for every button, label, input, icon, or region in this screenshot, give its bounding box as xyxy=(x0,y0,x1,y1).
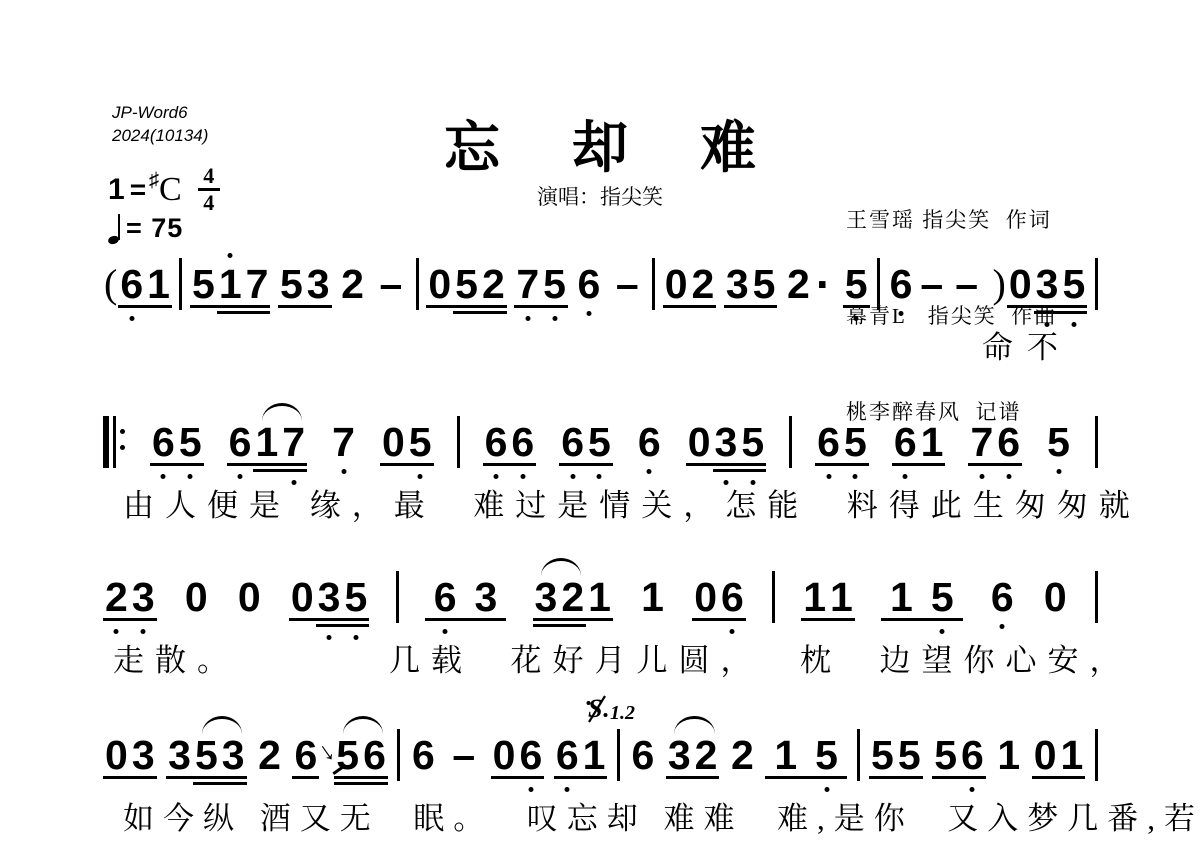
note-digit: 6 xyxy=(892,420,919,464)
note-digit: 5 xyxy=(177,420,204,464)
note-digit: 0 xyxy=(1042,575,1069,619)
beam-underline xyxy=(815,463,842,466)
note-group: 65 xyxy=(150,420,204,464)
lyrics-line: 命不 xyxy=(103,322,1098,367)
note-digit: 1 xyxy=(801,575,828,619)
note-digit: 1 xyxy=(765,733,806,777)
note-digit: 0 xyxy=(289,575,316,619)
note-digit: 0 xyxy=(491,733,518,777)
note-group: 11 xyxy=(801,575,855,619)
note-digit: 1 xyxy=(1059,733,1086,777)
beam-underline xyxy=(1059,776,1086,779)
quarter-note-icon xyxy=(108,213,123,244)
note-digit: – xyxy=(373,262,408,306)
octave-dot-below xyxy=(291,480,296,485)
jianpu-line-4: 0335326↓566–06616322155556101如今纵 酒又无 眠。 … xyxy=(103,733,1098,838)
lyrics-line: 走散。 几载 花好月儿圆， 枕 边望你心安， xyxy=(103,635,1098,680)
beam-underline-second xyxy=(480,311,507,314)
note-group: 02 xyxy=(663,262,717,306)
notation-row: 230003563321106111560 xyxy=(103,575,1098,619)
beam-underline xyxy=(843,305,870,308)
octave-dot-below xyxy=(853,474,858,479)
note-digit: 6 xyxy=(118,262,145,306)
beam-underline xyxy=(1034,305,1061,308)
beam-underline xyxy=(166,776,193,779)
beam-underline xyxy=(130,776,157,779)
octave-dot-below xyxy=(940,629,945,634)
beam-underline xyxy=(765,776,806,779)
beam-underline xyxy=(739,463,766,466)
time-bottom: 4 xyxy=(203,192,214,214)
note-group: 035 xyxy=(289,575,369,619)
note-digit: 5 xyxy=(190,262,217,306)
octave-dot-below xyxy=(903,474,908,479)
note-digit: 5 xyxy=(541,262,568,306)
note-digit: 6 xyxy=(636,420,663,464)
segno-marker: S 1.2 xyxy=(585,694,635,725)
barline xyxy=(179,258,182,310)
beam-underline-second xyxy=(453,311,480,314)
beam-underline xyxy=(801,618,828,621)
tempo-marking: = 75 xyxy=(108,213,183,244)
beam-underline-second xyxy=(316,624,343,627)
note-digit: 0 xyxy=(692,575,719,619)
octave-dot-below xyxy=(723,480,728,485)
octave-dot-below xyxy=(525,316,530,321)
beam-underline xyxy=(713,463,740,466)
octave-dot-below xyxy=(586,311,591,316)
repeat-begin-sign xyxy=(103,416,127,468)
note-group: 03 xyxy=(103,733,157,777)
note-digit: 2 xyxy=(559,575,586,619)
barline xyxy=(877,258,880,310)
beam-underline xyxy=(342,618,369,621)
note-group: 01 xyxy=(1032,733,1086,777)
barline xyxy=(772,571,775,623)
note-digit: 1 xyxy=(995,733,1022,777)
key-letter: C xyxy=(159,171,182,209)
note-digit: 3 xyxy=(305,262,332,306)
note-digit: 2 xyxy=(103,575,130,619)
note-digit: 6 xyxy=(630,733,657,777)
note-digit: 0 xyxy=(663,262,690,306)
octave-dot-below xyxy=(597,474,602,479)
note-digit: 3 xyxy=(466,575,507,619)
beam-underline xyxy=(130,618,157,621)
note-group: 05 xyxy=(380,420,434,464)
note-digit: 5 xyxy=(453,262,480,306)
beam-underline xyxy=(305,305,332,308)
beam-underline xyxy=(1060,305,1087,308)
note-group: 6–– xyxy=(888,262,984,306)
barline xyxy=(789,416,792,468)
beam-underline xyxy=(253,463,280,466)
beam-underline-second xyxy=(361,782,388,785)
octave-dot-below xyxy=(570,474,575,479)
beam-underline xyxy=(663,305,690,308)
octave-dot-below xyxy=(141,629,146,634)
note-digit: 7 xyxy=(968,420,995,464)
beam-underline xyxy=(361,776,388,779)
barline xyxy=(457,416,460,468)
beam-underline xyxy=(533,618,560,621)
octave-dot-below xyxy=(750,480,755,485)
note-group: 0 xyxy=(183,575,210,619)
beam-underline xyxy=(190,305,217,308)
time-signature: 4 4 xyxy=(198,165,220,214)
note-group: – xyxy=(446,733,481,777)
note-digit: 6 xyxy=(989,575,1016,619)
octave-dot-below xyxy=(565,787,570,792)
beam-underline xyxy=(220,776,247,779)
note-digit: 5 xyxy=(869,733,896,777)
note-group: 353 xyxy=(166,733,246,777)
beam-underline xyxy=(586,618,613,621)
note-digit: 6 xyxy=(483,420,510,464)
beam-underline xyxy=(145,305,172,308)
beam-underline xyxy=(480,305,507,308)
octave-dot-below xyxy=(826,474,831,479)
note-group: 35 xyxy=(724,262,778,306)
beam-underline-second xyxy=(334,782,361,785)
note-digit: 6 xyxy=(509,420,536,464)
note-digit: 0 xyxy=(1032,733,1059,777)
octave-dot-below xyxy=(1056,469,1061,474)
note-digit: 0 xyxy=(380,420,407,464)
segno-label: 1.2 xyxy=(610,702,635,725)
beam-underline xyxy=(514,305,541,308)
note-digit: – xyxy=(446,733,481,777)
beam-underline xyxy=(334,776,361,779)
beam-underline xyxy=(407,463,434,466)
note-digit: 5 xyxy=(922,575,963,619)
note-group: 56 xyxy=(932,733,986,777)
beam-underline xyxy=(586,463,613,466)
note-group: 32 xyxy=(666,733,720,777)
lyrics-line: 如今纵 酒又无 眠。 叹忘却 难难 难,是你 又入梦几番,若 xyxy=(103,793,1098,838)
note-group: 55 xyxy=(869,733,923,777)
note-group: )035 xyxy=(992,262,1088,306)
note-group: 06 xyxy=(491,733,545,777)
note-digit: 1 xyxy=(881,575,922,619)
jianpu-line-2: 65617705666560356561765由人便是 缘，最 难过是情关，怎能… xyxy=(103,420,1098,525)
note-digit: 3 xyxy=(220,733,247,777)
beam-underline xyxy=(292,776,319,779)
beam-underline-second xyxy=(220,782,247,785)
note-digit: 3 xyxy=(533,575,560,619)
note-digit: 5 xyxy=(932,733,959,777)
beam-underline xyxy=(690,305,717,308)
beam-underline xyxy=(968,463,995,466)
note-digit: 6 xyxy=(554,733,581,777)
note-digit: 6 xyxy=(575,262,602,306)
note-group: 0 xyxy=(1042,575,1069,619)
beam-underline xyxy=(483,463,510,466)
beam-underline xyxy=(554,776,581,779)
beam-underline xyxy=(227,463,254,466)
beam-underline xyxy=(719,618,746,621)
note-digit: 6 xyxy=(559,420,586,464)
beam-underline-second xyxy=(253,469,280,472)
note-digit: – xyxy=(914,262,949,306)
note-digit: 5 xyxy=(1060,262,1087,306)
note-digit: 3 xyxy=(666,733,693,777)
octave-dot-below xyxy=(238,474,243,479)
barline xyxy=(396,571,399,623)
beam-underline xyxy=(509,463,536,466)
octave-dot-below xyxy=(552,316,557,321)
beam-underline xyxy=(892,463,919,466)
note-digit: 3 xyxy=(130,575,157,619)
beam-underline xyxy=(1007,305,1034,308)
key-equals: = xyxy=(130,174,146,206)
note-digit: 6 xyxy=(425,575,466,619)
note-digit: 1 xyxy=(828,575,855,619)
beam-underline-second xyxy=(217,311,244,314)
beam-underline xyxy=(278,305,305,308)
note-group: 06 xyxy=(692,575,746,619)
note-digit: 0 xyxy=(686,420,713,464)
note-digit: 1 xyxy=(919,420,946,464)
octave-dot-above xyxy=(228,253,233,258)
note-digit: 6 xyxy=(361,733,388,777)
note-group: 53 xyxy=(278,262,332,306)
note-digit: ( xyxy=(103,262,118,306)
beam-underline xyxy=(686,463,713,466)
beam-underline xyxy=(426,305,453,308)
sheet-music-page: JP-Word6 2024(10134) 忘 却 难 演唱：指尖笑 王雪瑶 指尖… xyxy=(0,0,1200,850)
note-digit: 0 xyxy=(236,575,263,619)
note-digit: 5 xyxy=(739,420,766,464)
note-digit: 6 xyxy=(888,262,915,306)
note-group: 0 xyxy=(236,575,263,619)
beam-underline xyxy=(103,618,130,621)
note-digit: 2 xyxy=(693,733,720,777)
repeat-dot xyxy=(120,445,125,450)
note-group: 15 xyxy=(765,733,847,777)
barline xyxy=(1095,416,1098,468)
octave-dot-below xyxy=(494,474,499,479)
beam-underline xyxy=(842,463,869,466)
beam-underline xyxy=(559,618,586,621)
octave-dot-below xyxy=(418,474,423,479)
beam-underline xyxy=(280,463,307,466)
lyrics-line: 由人便是 缘，最 难过是情关，怎能 料得此生匆匆就 xyxy=(103,480,1098,525)
octave-dot-below xyxy=(129,316,134,321)
note-group: 321 xyxy=(533,575,613,619)
sharp-icon: ♯ xyxy=(149,169,159,192)
note-digit: 1 xyxy=(639,575,666,619)
beam-underline xyxy=(751,305,778,308)
note-digit: · xyxy=(812,262,835,306)
note-digit: 6 xyxy=(150,420,177,464)
octave-dot-below xyxy=(647,469,652,474)
note-group: 61 xyxy=(554,733,608,777)
note-digit: 2 xyxy=(480,262,507,306)
beam-underline xyxy=(1032,776,1059,779)
note-group: 2 xyxy=(729,733,756,777)
note-digit: 7 xyxy=(330,420,357,464)
beam-underline xyxy=(217,305,244,308)
octave-dot-below xyxy=(1006,474,1011,479)
note-group: 61 xyxy=(892,420,946,464)
beam-underline xyxy=(316,618,343,621)
note-digit: 2 xyxy=(690,262,717,306)
beam-underline-second xyxy=(280,469,307,472)
beam-underline xyxy=(828,618,855,621)
note-group: 6 xyxy=(410,733,437,777)
octave-dot-below xyxy=(520,474,525,479)
note-digit: 6 xyxy=(719,575,746,619)
beam-underline xyxy=(150,463,177,466)
key-numeral: 1 xyxy=(108,173,125,207)
note-digit: 3 xyxy=(713,420,740,464)
note-group: 65 xyxy=(815,420,869,464)
note-digit: 5 xyxy=(1045,420,1072,464)
note-group: 7 xyxy=(330,420,357,464)
octave-dot-below xyxy=(730,629,735,634)
note-digit: 5 xyxy=(193,733,220,777)
notation-row: 65617705666560356561765 xyxy=(103,420,1098,464)
beam-underline xyxy=(919,463,946,466)
note-group: 5 xyxy=(1045,420,1072,464)
note-digit: 0 xyxy=(426,262,453,306)
barline xyxy=(1095,729,1098,781)
octave-dot-below xyxy=(1071,322,1076,327)
note-group: 2 xyxy=(256,733,283,777)
note-group: 65 xyxy=(559,420,613,464)
jianpu-line-3: 230003563321106111560走散。 几载 花好月儿圆， 枕 边望你… xyxy=(103,575,1098,680)
octave-dot-below xyxy=(528,787,533,792)
beam-underline xyxy=(491,776,518,779)
note-group: 75 xyxy=(514,262,568,306)
key-signature: 1 = ♯ C 4 4 xyxy=(108,165,220,214)
note-digit: 5 xyxy=(842,420,869,464)
note-digit: 6 xyxy=(995,420,1022,464)
beam-underline xyxy=(425,618,466,621)
beam-underline xyxy=(453,305,480,308)
octave-dot-below xyxy=(161,474,166,479)
beam-underline-second xyxy=(342,624,369,627)
beam-underline-second xyxy=(713,469,740,472)
note-group: 617 xyxy=(227,420,307,464)
note-digit: 5 xyxy=(586,420,613,464)
note-group: 76 xyxy=(968,420,1022,464)
octave-dot-below xyxy=(353,635,358,640)
note-group: 23 xyxy=(103,575,157,619)
note-digit: 6 xyxy=(227,420,254,464)
beam-underline xyxy=(581,776,608,779)
jianpu-line-1: (61517532–052756–02352·56––)035命不 xyxy=(103,262,1098,367)
time-top: 4 xyxy=(203,165,214,187)
beam-underline-second xyxy=(1060,311,1087,314)
beam-underline-second xyxy=(559,624,586,627)
note-digit: 1 xyxy=(217,262,244,306)
beam-underline xyxy=(693,776,720,779)
note-digit: 0 xyxy=(183,575,210,619)
octave-dot-below xyxy=(114,629,119,634)
note-digit: 7 xyxy=(280,420,307,464)
note-digit: 5 xyxy=(806,733,847,777)
note-digit: 5 xyxy=(843,262,870,306)
repeat-dots xyxy=(120,416,127,468)
note-group: – xyxy=(610,262,645,306)
note-digit: 3 xyxy=(724,262,751,306)
beam-underline xyxy=(922,618,963,621)
note-group: 15 xyxy=(881,575,963,619)
beam-underline xyxy=(244,305,271,308)
note-group: 6 xyxy=(630,733,657,777)
beam-underline xyxy=(541,305,568,308)
beam-underline xyxy=(806,776,847,779)
barline xyxy=(1095,258,1098,310)
segno-icon: S xyxy=(585,694,609,724)
beam-underline xyxy=(869,776,896,779)
notation-row: 0335326↓566–06616322155556101 xyxy=(103,733,1098,777)
barline xyxy=(1095,571,1098,623)
note-digit: 0 xyxy=(1007,262,1034,306)
beam-underline xyxy=(995,463,1022,466)
note-digit: 2 xyxy=(256,733,283,777)
beam-underline xyxy=(289,618,316,621)
beam-underline xyxy=(103,776,130,779)
octave-dot-below xyxy=(188,474,193,479)
note-digit: 3 xyxy=(130,733,157,777)
octave-dot-below xyxy=(341,469,346,474)
note-digit: 5 xyxy=(751,262,778,306)
beam-underline xyxy=(896,776,923,779)
note-digit: 5 xyxy=(342,575,369,619)
note-group: 1 xyxy=(639,575,666,619)
note-group: 1 xyxy=(995,733,1022,777)
octave-dot-below xyxy=(1000,624,1005,629)
note-digit: 7 xyxy=(514,262,541,306)
note-digit: 1 xyxy=(586,575,613,619)
note-digit: ) xyxy=(992,262,1007,306)
note-digit: 0 xyxy=(103,733,130,777)
octave-dot-below xyxy=(327,635,332,640)
beam-underline-second xyxy=(739,469,766,472)
note-digit: 5 xyxy=(896,733,923,777)
octave-dot-below xyxy=(443,629,448,634)
beam-underline xyxy=(466,618,507,621)
note-digit: 3 xyxy=(166,733,193,777)
note-digit: 6 xyxy=(410,733,437,777)
barline xyxy=(857,729,860,781)
note-group: – xyxy=(373,262,408,306)
beam-underline-second xyxy=(1034,311,1061,314)
beam-underline xyxy=(559,463,586,466)
beam-underline-second xyxy=(193,782,220,785)
note-digit: 7 xyxy=(244,262,271,306)
tempo-value: = 75 xyxy=(126,213,183,244)
note-digit: 1 xyxy=(145,262,172,306)
beam-underline xyxy=(177,463,204,466)
octave-dot-below xyxy=(824,787,829,792)
note-digit: 2 xyxy=(729,733,756,777)
note-digit: 5 xyxy=(278,262,305,306)
octave-dot-below xyxy=(979,474,984,479)
note-digit: 6 xyxy=(959,733,986,777)
note-digit: 2 xyxy=(785,262,812,306)
note-digit: 6 xyxy=(815,420,842,464)
repeat-dot xyxy=(120,429,125,434)
beam-underline xyxy=(380,463,407,466)
note-group: 63 xyxy=(425,575,507,619)
beam-underline-second xyxy=(533,624,560,627)
note-group: 66 xyxy=(483,420,537,464)
note-digit: – xyxy=(949,262,984,306)
